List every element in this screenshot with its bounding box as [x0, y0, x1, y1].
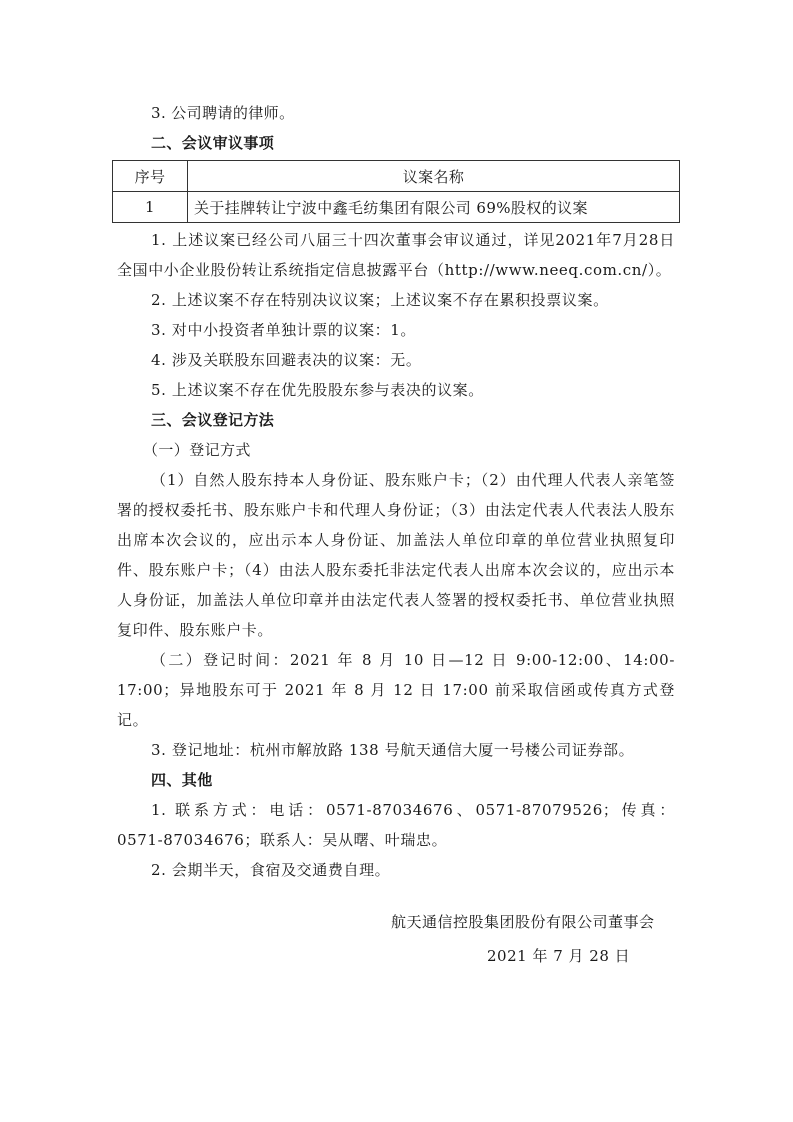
table-header-motion-name: 议案名称: [188, 161, 680, 192]
signature-company: 航天通信控股集团股份有限公司董事会: [391, 911, 655, 932]
attendee-item-3: 3. 公司聘请的律师。: [117, 98, 675, 128]
document-page: 3. 公司聘请的律师。 二、会议审议事项 序号 议案名称 1 关于挂牌转让宁波中…: [117, 98, 675, 885]
table-cell-no: 1: [113, 192, 188, 223]
registration-address: 3. 登记地址：杭州市解放路 138 号航天通信大厦一号楼公司证券部。: [117, 735, 675, 765]
section-heading-registration: 三、会议登记方法: [117, 405, 675, 435]
table-header-no: 序号: [113, 161, 188, 192]
agenda-note-2: 2. 上述议案不存在特别决议议案；上述议案不存在累积投票议案。: [117, 285, 675, 315]
meeting-duration-note: 2. 会期半天，食宿及交通费自理。: [117, 855, 675, 885]
agenda-note-4: 4. 涉及关联股东回避表决的议案：无。: [117, 345, 675, 375]
signature-date: 2021 年 7 月 28 日: [487, 945, 630, 966]
table-header-row: 序号 议案名称: [113, 161, 680, 192]
registration-method-body: （1）自然人股东持本人身份证、股东账户卡；（2）由代理人代表人亲笔签署的授权委托…: [117, 465, 675, 645]
motions-table: 序号 议案名称 1 关于挂牌转让宁波中鑫毛纺集团有限公司 69%股权的议案: [112, 160, 680, 223]
agenda-note-1: 1. 上述议案已经公司八届三十四次董事会审议通过，详见2021年7月28日全国中…: [117, 225, 675, 285]
table-cell-motion-name: 关于挂牌转让宁波中鑫毛纺集团有限公司 69%股权的议案: [188, 192, 680, 223]
section-heading-other: 四、其他: [117, 765, 675, 795]
contact-info: 1. 联系方式：电话：0571-87034676、0571-87079526；传…: [117, 795, 675, 855]
section-heading-agenda: 二、会议审议事项: [117, 128, 675, 158]
registration-method-heading: （一）登记方式: [117, 435, 675, 465]
table-row: 1 关于挂牌转让宁波中鑫毛纺集团有限公司 69%股权的议案: [113, 192, 680, 223]
agenda-note-5: 5. 上述议案不存在优先股股东参与表决的议案。: [117, 375, 675, 405]
registration-time: （二）登记时间：2021 年 8 月 10 日—12 日 9:00-12:00、…: [117, 645, 675, 735]
agenda-note-3: 3. 对中小投资者单独计票的议案：1。: [117, 315, 675, 345]
